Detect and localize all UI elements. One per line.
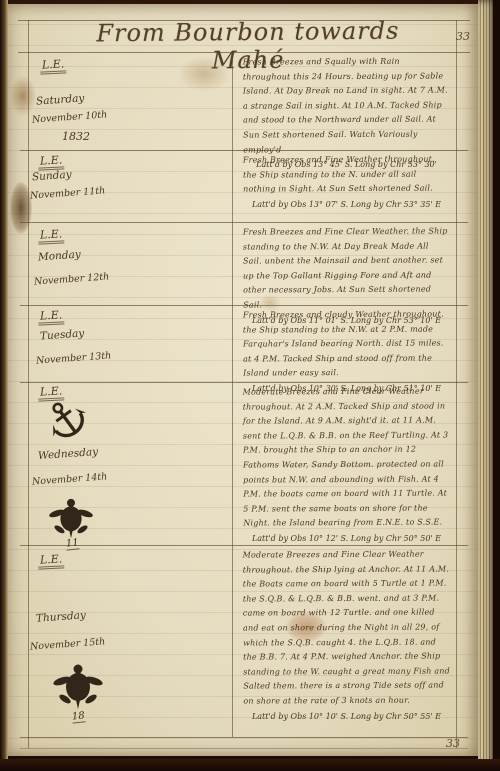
page-bottom-rule-2	[20, 748, 468, 749]
entry-day: Saturday	[36, 92, 85, 107]
page-number-bottom: 33	[446, 737, 460, 750]
log-entry-tuesday: L.E. Tuesday November 13th Fresh Breezes…	[8, 305, 478, 382]
log-entry-thursday: L.E. Thursday November 15th 18 Moderate …	[8, 545, 478, 737]
book-gutter	[0, 0, 8, 771]
logbook-photo: { "page": { "title": "From Bourbon towar…	[0, 0, 500, 771]
keeper-initials: L.E.	[38, 308, 65, 325]
turtle-count: 18	[71, 710, 85, 723]
entry-date: November 13th	[36, 350, 112, 366]
entry-text: Fresh Breezes and Squally with Rain thro…	[243, 54, 451, 157]
entry-margin: L.E. Thursday November 15th 18	[28, 545, 230, 737]
position-line: Latt'd by Obs 13° 07' S. Long by Chr 53°…	[243, 198, 450, 212]
entry-body: Fresh Breezes and Fine Clear Weather. th…	[233, 222, 456, 305]
page-bottom-rule	[20, 737, 468, 738]
entry-text: Fresh Breezes and Fine Clear Weather. th…	[243, 224, 450, 313]
entry-day: Wednesday	[38, 446, 99, 462]
log-entry-monday: L.E. Monday November 12th Fresh Breezes …	[8, 222, 478, 305]
entry-margin: L.E. Sunday November 11th	[28, 150, 230, 222]
keeper-initials: L.E.	[38, 153, 65, 170]
entry-body: Moderate Breezes and Fine Clear Weather …	[233, 382, 456, 545]
keeper-initials: L.E.	[38, 227, 65, 244]
entry-text: Moderate Breezes and Fine Clear Weather …	[243, 547, 451, 709]
log-entry-saturday: L.E. Saturday November 10th 1832 Fresh B…	[8, 52, 478, 150]
entry-body: Fresh Breezes and cloudy Weather through…	[233, 305, 456, 382]
keeper-initials: L.E.	[38, 552, 65, 569]
page-number-top: 33	[456, 30, 470, 43]
entry-date: November 15th	[30, 636, 106, 652]
entry-date: November 11th	[30, 185, 106, 201]
entry-day: Thursday	[36, 609, 87, 624]
log-entry-wednesday: L.E. Wednesday November 14th	[8, 382, 478, 545]
logbook-page: From Bourbon towards Mahé 33 33 L.E. Sat…	[8, 4, 478, 756]
entry-body: Moderate Breezes and Fine Clear Weather …	[233, 545, 456, 737]
entry-day: Monday	[38, 249, 81, 264]
position-line: Latt'd by Obs 10° 12' S. Long by Chr 50°…	[243, 532, 450, 546]
entry-body: Fresh Breezes and Squally with Rain thro…	[233, 52, 456, 150]
entry-text: Fresh Breezes and Fine Weather throughou…	[243, 152, 450, 197]
entry-date: November 14th	[32, 471, 108, 487]
book-cover-edge	[493, 0, 500, 771]
entry-margin: L.E. Monday November 12th	[28, 222, 230, 305]
log-entry-sunday: L.E. Sunday November 11th Fresh Breezes …	[8, 150, 478, 222]
entry-date: November 12th	[34, 271, 110, 287]
book-cover-bottom	[0, 759, 500, 771]
turtle-icon	[48, 494, 94, 540]
entry-margin: L.E. Saturday November 10th 1832	[28, 52, 230, 150]
keeper-initials: L.E.	[40, 57, 67, 74]
entry-margin: L.E. Wednesday November 14th	[28, 382, 230, 545]
position-line: Latt'd by Obs 10° 10' S. Long by Chr 50°…	[243, 710, 450, 724]
entry-day: Sunday	[32, 169, 72, 184]
turtle-icon	[52, 659, 104, 711]
entry-year: 1832	[62, 130, 90, 143]
entry-body: Fresh Breezes and Fine Weather throughou…	[233, 150, 456, 222]
entry-margin: L.E. Tuesday November 13th	[28, 305, 230, 382]
entry-text: Fresh Breezes and cloudy Weather through…	[243, 307, 450, 381]
entry-day: Tuesday	[40, 327, 85, 342]
entry-text: Moderate Breezes and Fine Clear Weather …	[243, 384, 451, 531]
entry-date: November 10th	[32, 109, 108, 125]
